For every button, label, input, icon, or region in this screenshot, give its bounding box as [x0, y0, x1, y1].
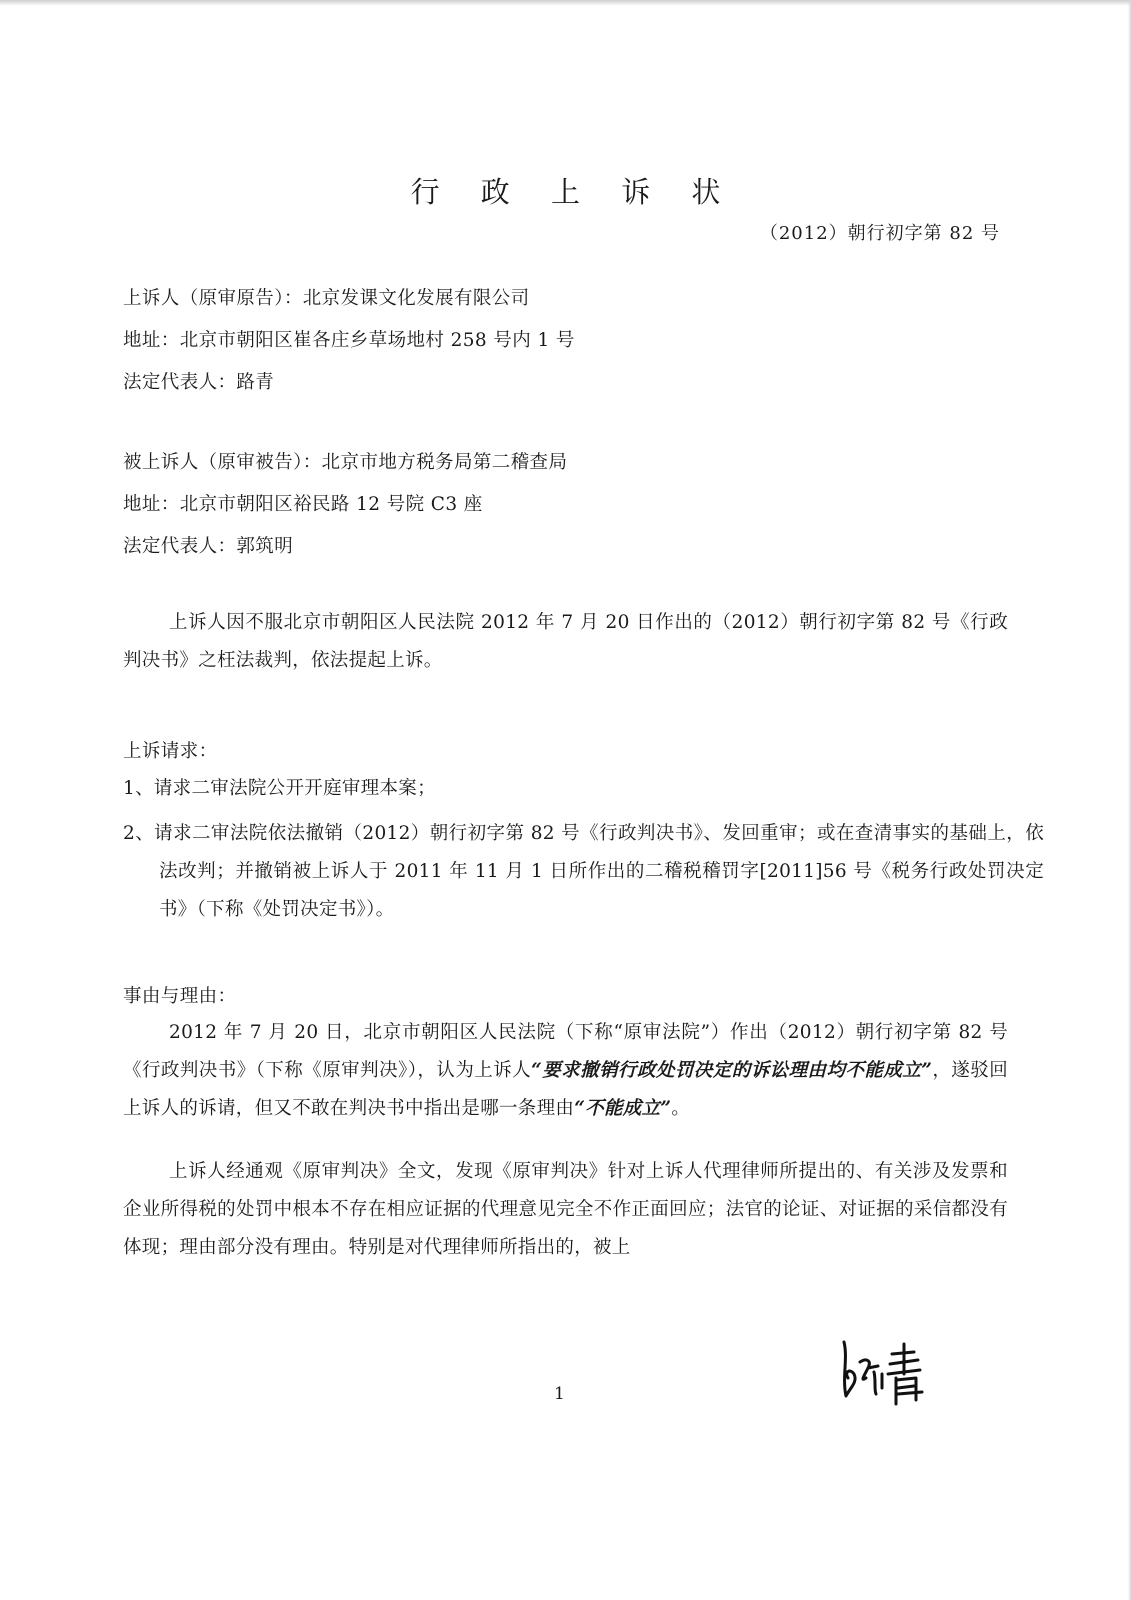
- appellee-representative: 法定代表人：郭筑明: [123, 532, 293, 558]
- scan-edge: [0, 0, 1131, 6]
- appellant-representative: 法定代表人：路青: [123, 368, 274, 394]
- intro-paragraph: 上诉人因不服北京市朝阳区人民法院 2012 年 7 月 20 日作出的（2012…: [123, 604, 1008, 680]
- request-item-2: 2、请求二审法院依法撤销（2012）朝行初字第 82 号《行政判决书》、发回重审…: [123, 815, 1044, 929]
- appellee-address: 地址：北京市朝阳区裕民路 12 号院 C3 座: [123, 490, 483, 516]
- reasons-paragraph-1: 2012 年 7 月 20 日，北京市朝阳区人民法院（下称“原审法院”）作出（2…: [123, 1014, 1008, 1128]
- reasons-p1-text-c: 。: [671, 1098, 690, 1119]
- reasons-paragraph-2: 上诉人经通观《原审判决》全文，发现《原审判决》针对上诉人代理律师所提出的、有关涉…: [123, 1153, 1008, 1267]
- appellee-name: 被上诉人（原审被告）：北京市地方税务局第二稽查局: [123, 448, 567, 474]
- request-item-1: 1、请求二审法院公开开庭审理本案；: [123, 770, 1044, 808]
- appellant-name: 上诉人（原审原告）：北京发课文化发展有限公司: [123, 284, 530, 310]
- reasons-p1-quote-1: “要求撤销行政处罚决定的诉讼理由均不能成立”: [531, 1060, 932, 1081]
- document-page: 行 政 上 诉 状 （2012）朝行初字第 82 号 上诉人（原审原告）：北京发…: [0, 0, 1131, 1600]
- reasons-p1-quote-2: “不能成立”: [574, 1098, 671, 1119]
- reasons-heading: 事由与理由：: [123, 982, 236, 1008]
- page-number: 1: [554, 1384, 565, 1404]
- appellant-address: 地址：北京市朝阳区崔各庄乡草场地村 258 号内 1 号: [123, 326, 575, 352]
- requests-heading: 上诉请求：: [123, 737, 218, 763]
- handwritten-signature: [838, 1338, 958, 1408]
- document-title: 行 政 上 诉 状: [0, 170, 1131, 211]
- case-number: （2012）朝行初字第 82 号: [760, 219, 1000, 245]
